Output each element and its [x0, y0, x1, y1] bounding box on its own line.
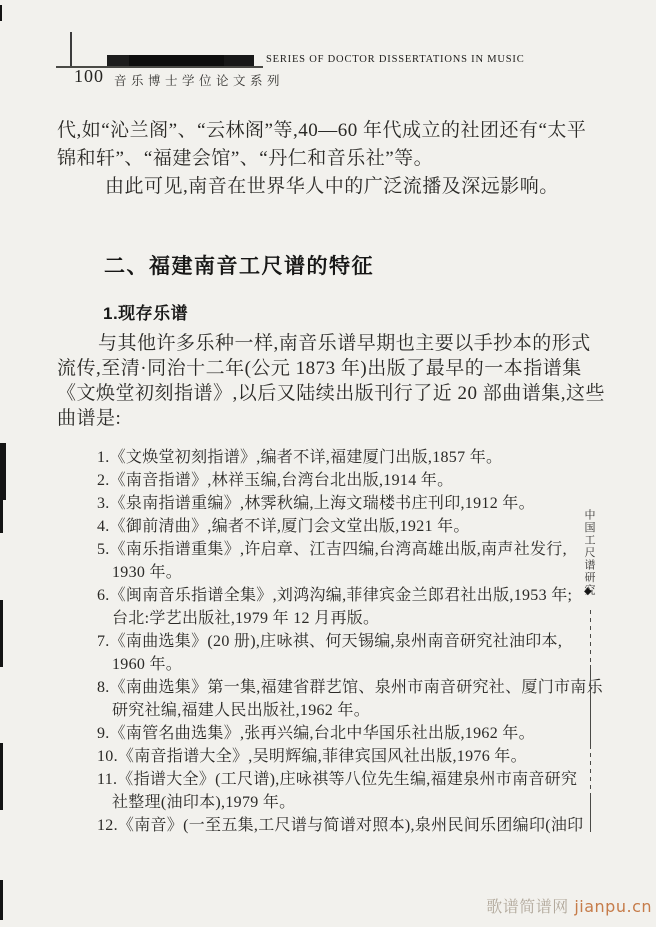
- text-line: 《文焕堂初刻指谱》,以后又陆续出版刊行了近 20 部曲谱集,这些: [57, 381, 572, 406]
- bibliography-line: 5.《南乐指谱重集》,许启章、江吉四编,台湾高雄出版,南声社发行,: [97, 538, 597, 561]
- sidebar-rule-solid-1: [590, 665, 591, 745]
- bibliography-list: 1.《文焕堂初刻指谱》,编者不详,福建厦门出版,1857 年。2.《南音指谱》,…: [97, 446, 597, 837]
- sidebar-rule-solid-2: [590, 795, 591, 832]
- watermark-site-name: 歌谱简谱网: [486, 897, 569, 916]
- bibliography-line: 4.《御前清曲》,编者不详,厦门会文堂出版,1921 年。: [97, 515, 597, 538]
- watermark: 歌谱简谱网 jianpu.cn: [486, 894, 652, 917]
- scan-artifact: [0, 5, 2, 21]
- watermark-site-url: jianpu.cn: [574, 897, 652, 916]
- bibliography-line: 1930 年。: [97, 561, 597, 584]
- paragraph-2: 由此可见,南音在世界华人中的广泛流播及深远影响。: [57, 173, 572, 201]
- sidebar-rule-dashed-2: [590, 745, 591, 795]
- sidebar-rule-dashed-1: [590, 610, 591, 665]
- text-line: 曲谱是:: [57, 406, 572, 431]
- bibliography-line: 7.《南曲选集》(20 册),庄咏祺、何天锡编,泉州南音研究社油印本,: [97, 630, 597, 653]
- text-line: 锦和轩”、“福建会馆”、“丹仁和音乐社”等。: [57, 145, 572, 173]
- bibliography-line: 12.《南音》(一至五集,工尺谱与简谱对照本),泉州民间乐团编印(油印: [97, 814, 597, 837]
- text-line: 与其他许多乐种一样,南音乐谱早期也主要以手抄本的形式: [57, 331, 572, 356]
- bibliography-line: 10.《南音指谱大全》,吴明辉编,菲律宾国风社出版,1976 年。: [97, 745, 597, 768]
- scan-artifact: [0, 443, 6, 500]
- text-line: 代,如“沁兰阁”、“云林阁”等,40—60 年代成立的社团还有“太平: [57, 117, 572, 145]
- header-tick-rule: [70, 32, 72, 67]
- bibliography-line: 6.《闽南音乐指谱全集》,刘鸿沟编,菲律宾金兰郎君社出版,1953 年;: [97, 584, 597, 607]
- series-title-english: SERIES OF DOCTOR DISSERTATIONS IN MUSIC: [266, 54, 525, 65]
- scan-artifact: [0, 743, 3, 810]
- header-black-bar: [107, 55, 254, 66]
- paragraph-1: 代,如“沁兰阁”、“云林阁”等,40—60 年代成立的社团还有“太平锦和轩”、“…: [57, 117, 572, 173]
- paragraph-intro: 与其他许多乐种一样,南音乐谱早期也主要以手抄本的形式流传,至清·同治十二年(公元…: [57, 331, 572, 431]
- bibliography-line: 3.《泉南指谱重编》,林霁秋编,上海文瑞楼书庄刊印,1912 年。: [97, 492, 597, 515]
- subsection-heading: 1.现存乐谱: [103, 299, 188, 324]
- page-number: 100: [74, 66, 104, 87]
- text-line: 流传,至清·同治十二年(公元 1873 年)出版了最早的一本指谱集: [57, 356, 572, 381]
- scan-artifact: [0, 880, 3, 920]
- series-title-chinese: 音乐博士学位论文系列: [114, 71, 284, 89]
- scan-artifact: [0, 600, 3, 667]
- bibliography-line: 2.《南音指谱》,林祥玉编,台湾台北出版,1914 年。: [97, 469, 597, 492]
- bibliography-line: 11.《指谱大全》(工尺谱),庄咏祺等八位先生编,福建泉州市南音研究: [97, 768, 597, 791]
- bibliography-line: 社整理(油印本),1979 年。: [97, 791, 597, 814]
- bibliography-line: 8.《南曲选集》第一集,福建省群艺馆、泉州市南音研究社、厦门市南乐: [97, 676, 597, 699]
- paragraph-opening: 代,如“沁兰阁”、“云林阁”等,40—60 年代成立的社团还有“太平锦和轩”、“…: [57, 117, 572, 201]
- scan-artifact: [0, 500, 3, 533]
- section-heading: 二、福建南音工尺谱的特征: [104, 250, 374, 280]
- bibliography-line: 台北:学艺出版社,1979 年 12 月再版。: [97, 607, 597, 630]
- bibliography-line: 1.《文焕堂初刻指谱》,编者不详,福建厦门出版,1857 年。: [97, 446, 597, 469]
- bibliography-line: 9.《南管名曲选集》,张再兴编,台北中华国乐社出版,1962 年。: [97, 722, 597, 745]
- sidebar-vertical-title: 中国工尺谱研究: [581, 509, 597, 597]
- bibliography-line: 1960 年。: [97, 653, 597, 676]
- diamond-icon: ◆: [584, 586, 592, 597]
- bibliography-line: 研究社编,福建人民出版社,1962 年。: [97, 699, 597, 722]
